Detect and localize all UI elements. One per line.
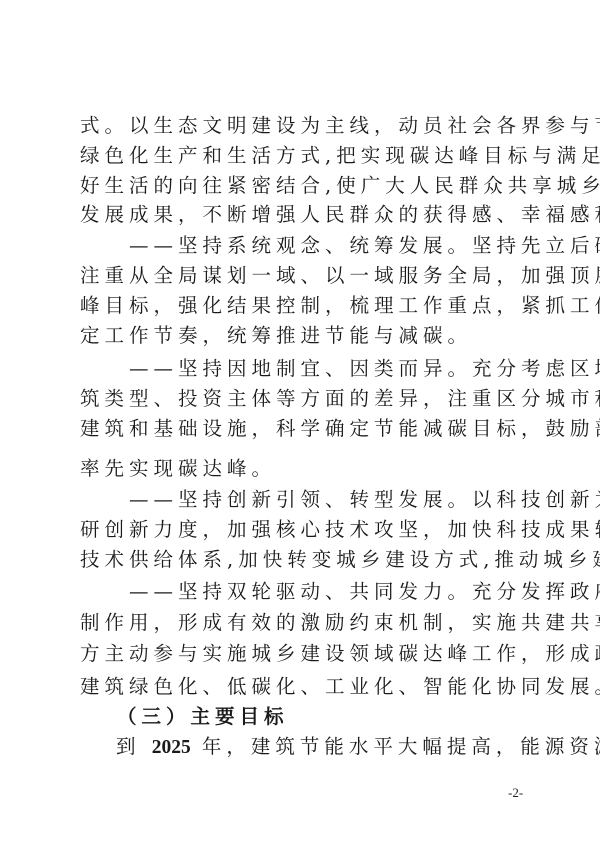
paragraph-1-line-3: 好生活的向往紧密结合,使广大人民群众共享城乡建设绿色低碳 <box>80 170 540 201</box>
paragraph-3-line-3: 建筑和基础设施，科学确定节能减碳目标，鼓励部分有条件区域 <box>80 413 540 444</box>
paragraph-1-line-4: 发展成果，不断增强人民群众的获得感、幸福感和安全感。 <box>80 199 540 230</box>
paragraph-2-line-3: 峰目标，强化结果控制，梳理工作重点，紧抓工作难点，合理确 <box>80 290 540 321</box>
paragraph-2-line-4: 定工作节奏，统筹推进节能与减碳。 <box>80 320 540 351</box>
paragraph-3-line-4: 率先实现碳达峰。 <box>80 453 540 484</box>
paragraph-2-line-1: ——坚持系统观念、统筹发展。坚持先立后破、通盘谋划， <box>129 230 589 261</box>
paragraph-4-line-3: 技术供给体系,加快转变城乡建设方式,推动城乡建设低碳转型。 <box>80 544 540 575</box>
document-page: 式。以生态文明建设为主线，动员社会各界参与节能，推动形成 绿色化生产和生活方式,… <box>0 0 600 848</box>
paragraph-5-line-4: 建筑绿色化、低碳化、工业化、智能化协同发展。 <box>80 671 540 702</box>
page-number: -2- <box>508 785 523 801</box>
paragraph-5-line-1: ——坚持双轮驱动、共同发力。充分发挥政府主导和市场机 <box>129 576 589 607</box>
paragraph-2-line-2: 注重从全局谋划一域、以一域服务全局，加强顶层设计，制定达 <box>80 260 540 291</box>
paragraph-4-line-2: 研创新力度，加强核心技术攻坚，加快科技成果转化，推动完善 <box>80 514 540 545</box>
paragraph-4-line-1: ——坚持创新引领、转型发展。以科技创新为引领，加大科 <box>129 484 589 515</box>
paragraph-3-line-1: ——坚持因地制宜、因类而异。充分考虑区域经济发展、建 <box>129 353 589 384</box>
paragraph-1-line-1: 式。以生态文明建设为主线，动员社会各界参与节能，推动形成 <box>80 110 540 141</box>
last-line-suffix: 年，建筑节能水平大幅提高，能源资源利用效率进 <box>202 735 600 758</box>
paragraph-1-line-2: 绿色化生产和生活方式,把实现碳达峰目标与满足人民群众对美 <box>80 140 540 171</box>
section-heading: （三）主要目标 <box>117 701 577 732</box>
paragraph-3-line-2: 筑类型、投资主体等方面的差异，注重区分城市和农村以及各类 <box>80 383 540 414</box>
paragraph-5-line-3: 方主动参与实施城乡建设领域碳达峰工作，形成政策合力，推进 <box>80 638 540 669</box>
paragraph-5-line-2: 制作用，形成有效的激励约束机制，实施共建共享，充分调动各 <box>80 607 540 638</box>
year-number: 2025 <box>152 737 191 758</box>
paragraph-6-line-1: 到 2025 年，建筑节能水平大幅提高，能源资源利用效率进 <box>116 731 576 762</box>
last-line-prefix: 到 <box>116 735 141 758</box>
